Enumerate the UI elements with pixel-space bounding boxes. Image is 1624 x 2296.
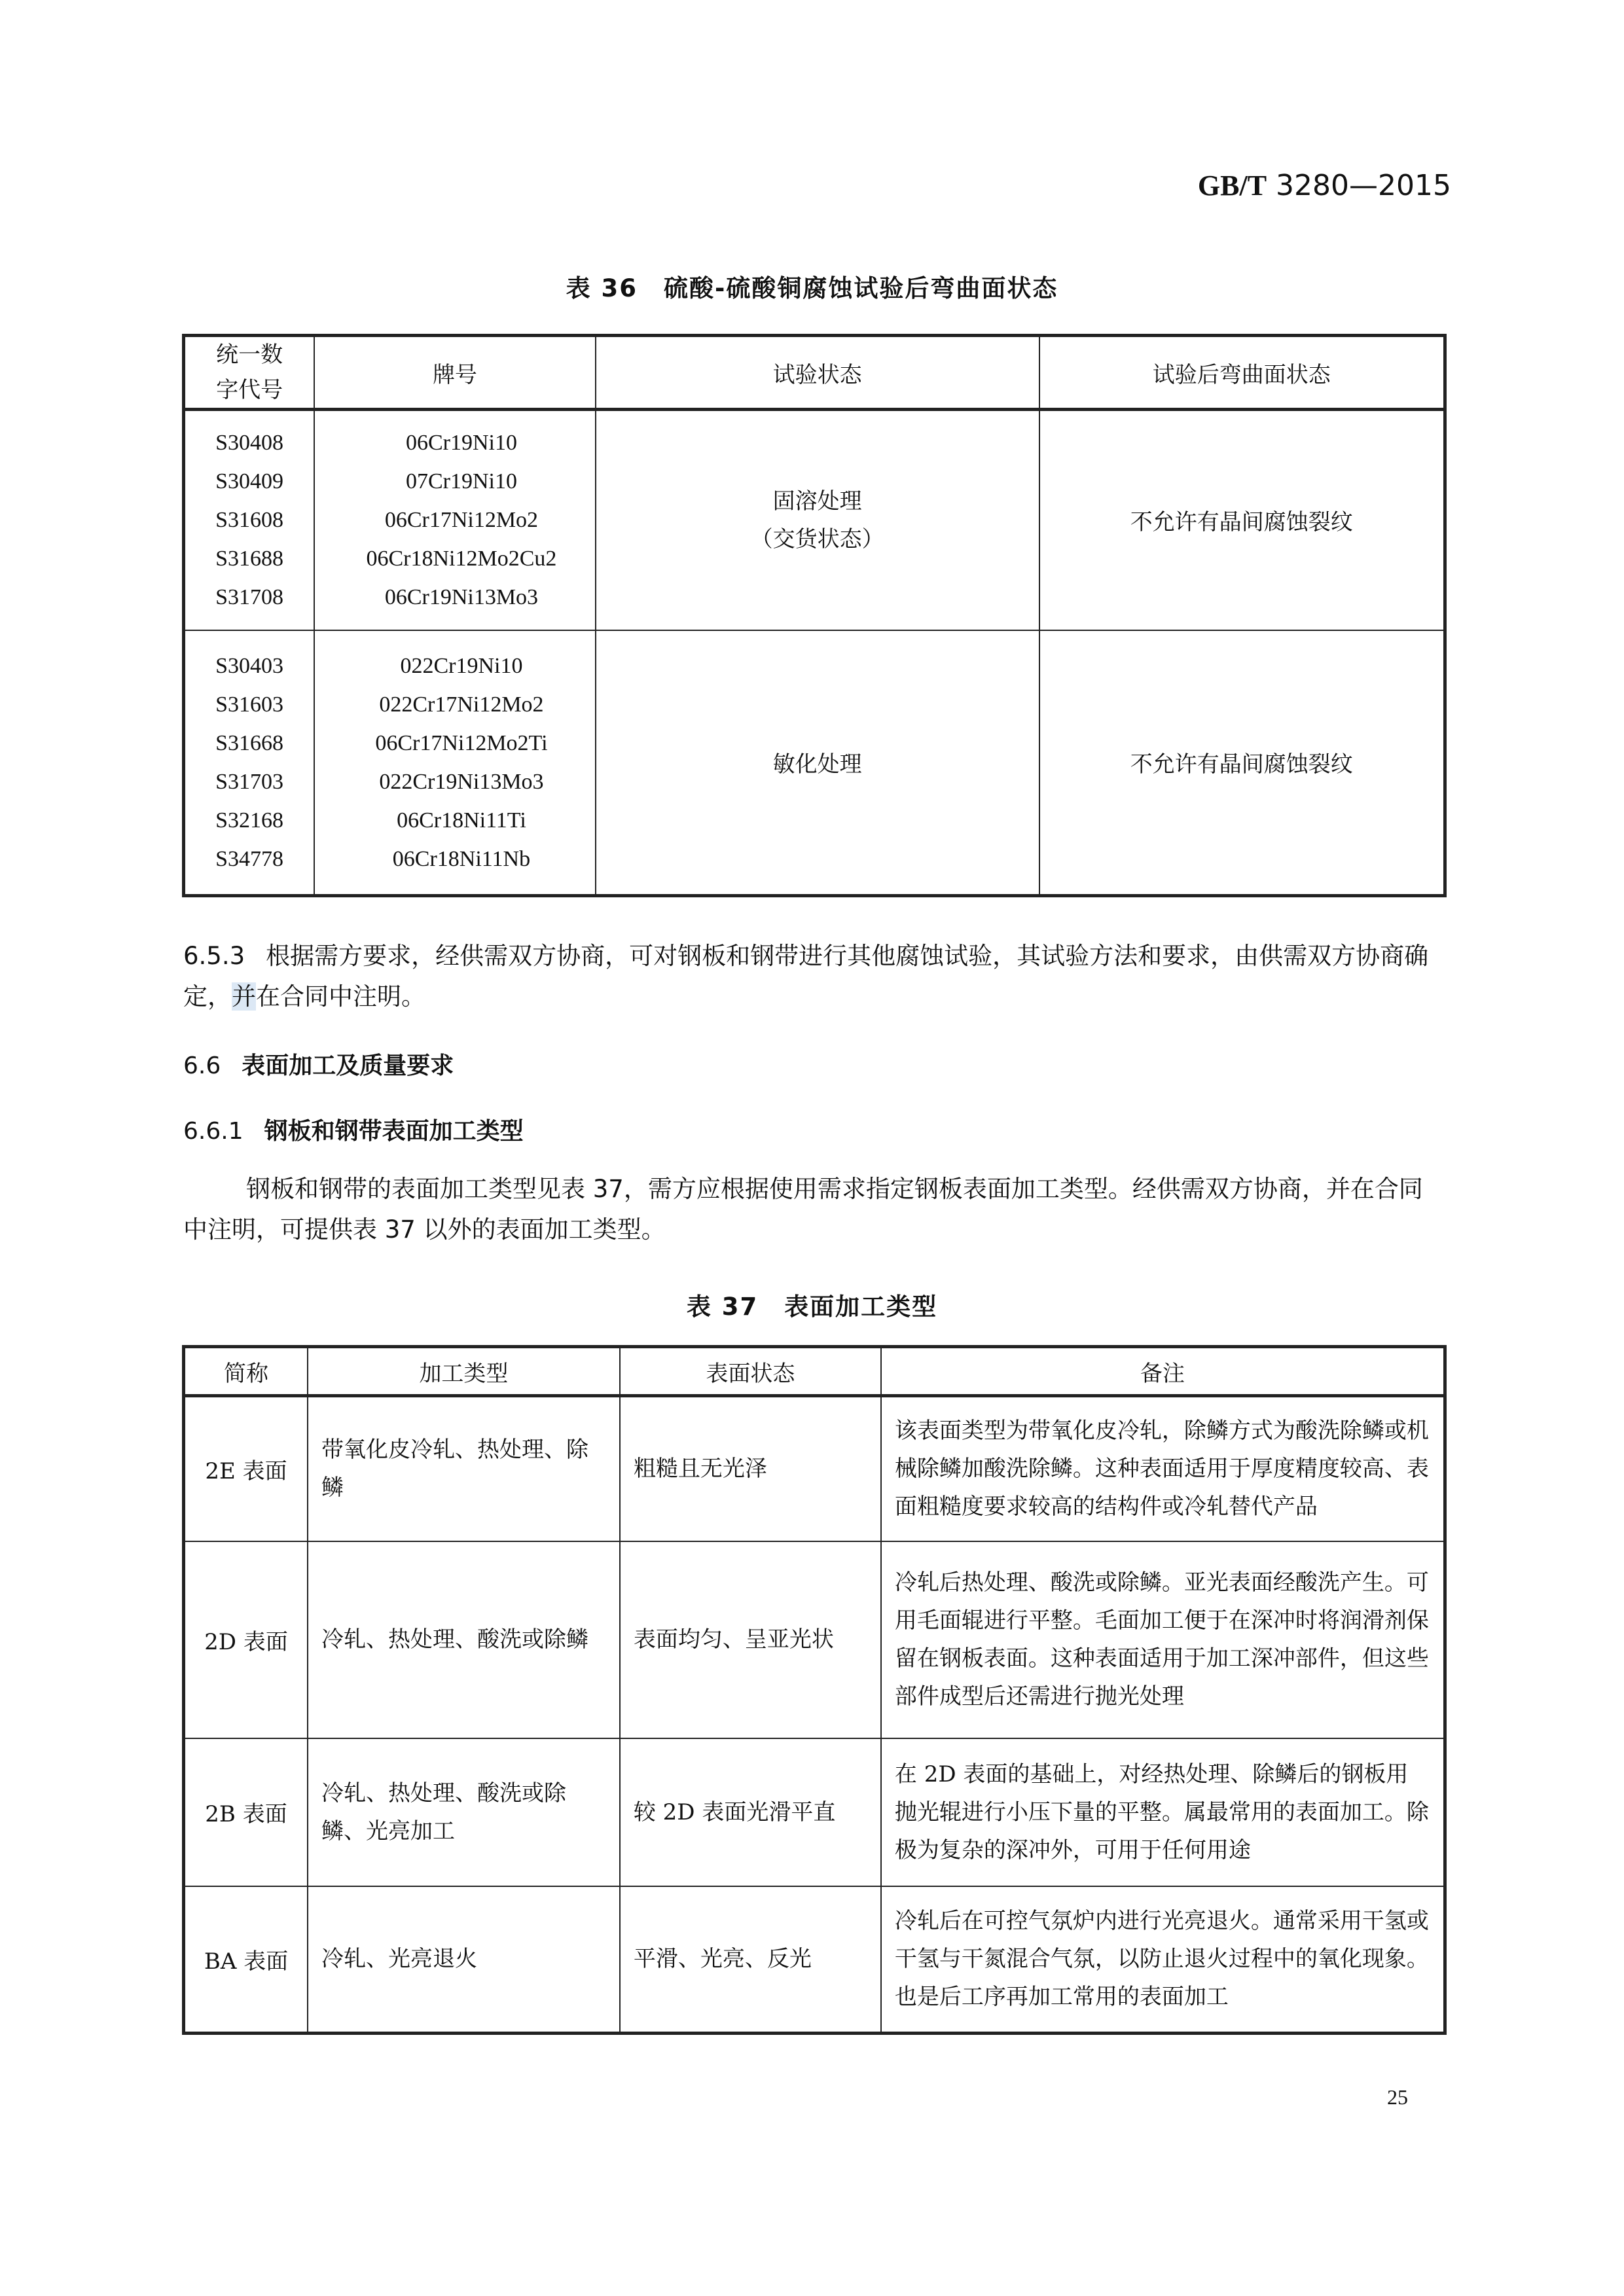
process-cell: 带氧化皮冷轧、热处理、除鳞 (308, 1396, 620, 1541)
table-row: 2D 表面 冷轧、热处理、酸洗或除鳞 表面均匀、呈亚光状 冷轧后热处理、酸洗或除… (184, 1541, 1445, 1738)
bend-result: 不允许有晶间腐蚀裂纹 (1039, 630, 1445, 896)
table-row: S30408 S30409 S31608 S31688 S31708 06Cr1… (184, 410, 1445, 630)
table36-header-grade: 牌号 (314, 336, 596, 410)
clause-6-5-3: 6.5.3根据需方要求，经供需双方协商，可对钢板和钢带进行其他腐蚀试验，其试验方… (183, 936, 1447, 1017)
process-cell: 冷轧、热处理、酸洗或除鳞、光亮加工 (308, 1738, 620, 1886)
table36: 统一数 字代号 牌号 试验状态 试验后弯曲面状态 S30408 S30409 S… (182, 334, 1447, 897)
table-row: 2B 表面 冷轧、热处理、酸洗或除鳞、光亮加工 较 2D 表面光滑平直 在 2D… (184, 1738, 1445, 1886)
grade-list: 022Cr19Ni10 022Cr17Ni12Mo2 06Cr17Ni12Mo2… (314, 630, 596, 896)
table37: 简称 加工类型 表面状态 备注 2E 表面 带氧化皮冷轧、热处理、除鳞 粗糙且无… (182, 1345, 1447, 2035)
code-list: S30408 S30409 S31608 S31688 S31708 (184, 410, 315, 630)
text-selection-highlight[interactable]: 并 (232, 982, 256, 1011)
table36-header-row: 统一数 字代号 牌号 试验状态 试验后弯曲面状态 (184, 336, 1445, 410)
bend-result: 不允许有晶间腐蚀裂纹 (1039, 410, 1445, 630)
abbr-cell: 2D 表面 (184, 1541, 308, 1738)
table36-header-test-state: 试验状态 (596, 336, 1039, 410)
abbr-cell: BA 表面 (184, 1886, 308, 2034)
table36-number: 表 36 (566, 274, 638, 302)
table36-header-code: 统一数 字代号 (184, 336, 315, 410)
table37-header-abbr: 简称 (184, 1347, 308, 1396)
table-row: 2E 表面 带氧化皮冷轧、热处理、除鳞 粗糙且无光泽 该表面类型为带氧化皮冷轧，… (184, 1396, 1445, 1541)
page-number: 25 (1387, 2085, 1408, 2109)
process-cell: 冷轧、热处理、酸洗或除鳞 (308, 1541, 620, 1738)
table37-header-remark: 备注 (881, 1347, 1445, 1396)
table-row: BA 表面 冷轧、光亮退火 平滑、光亮、反光 冷轧后在可控气氛炉内进行光亮退火。… (184, 1886, 1445, 2034)
grade-list: 06Cr19Ni10 07Cr19Ni10 06Cr17Ni12Mo2 06Cr… (314, 410, 596, 630)
table36-title: 硫酸-硫酸铜腐蚀试验后弯曲面状态 (664, 274, 1058, 302)
test-state: 固溶处理 （交货状态） (596, 410, 1039, 630)
test-state: 敏化处理 (596, 630, 1039, 896)
surface-cell: 表面均匀、呈亚光状 (620, 1541, 881, 1738)
surface-cell: 粗糙且无光泽 (620, 1396, 881, 1541)
surface-cell: 较 2D 表面光滑平直 (620, 1738, 881, 1886)
table37-caption: 表 37表面加工类型 (0, 1287, 1624, 1322)
abbr-cell: 2E 表面 (184, 1396, 308, 1541)
table37-title: 表面加工类型 (784, 1293, 937, 1321)
remark-cell: 冷轧后热处理、酸洗或除鳞。亚光表面经酸洗产生。可用毛面辊进行平整。毛面加工便于在… (881, 1541, 1445, 1738)
table37-header-process: 加工类型 (308, 1347, 620, 1396)
table36-caption: 表 36硫酸-硫酸铜腐蚀试验后弯曲面状态 (0, 268, 1624, 304)
section-6-6-1-heading: 6.6.1钢板和钢带表面加工类型 (183, 1113, 524, 1146)
section-6-6-heading: 6.6表面加工及质量要求 (183, 1047, 454, 1081)
table36-header-result: 试验后弯曲面状态 (1039, 336, 1445, 410)
remark-cell: 该表面类型为带氧化皮冷轧，除鳞方式为酸洗除鳞或机械除鳞加酸洗除鳞。这种表面适用于… (881, 1396, 1445, 1541)
clause-number: 6.5.3 (183, 942, 245, 970)
standard-prefix: GB/T (1198, 170, 1267, 202)
surface-cell: 平滑、光亮、反光 (620, 1886, 881, 2034)
table37-header-row: 简称 加工类型 表面状态 备注 (184, 1347, 1445, 1396)
table37-header-surface: 表面状态 (620, 1347, 881, 1396)
standard-number: GB/T 3280—2015 (1198, 169, 1451, 202)
table37-number: 表 37 (687, 1293, 758, 1321)
standard-code: 3280—2015 (1276, 169, 1451, 202)
abbr-cell: 2B 表面 (184, 1738, 308, 1886)
code-list: S30403 S31603 S31668 S31703 S32168 S3477… (184, 630, 315, 896)
paragraph-6-6-1: 钢板和钢带的表面加工类型见表 37，需方应根据使用需求指定钢板表面加工类型。经供… (183, 1169, 1447, 1250)
process-cell: 冷轧、光亮退火 (308, 1886, 620, 2034)
remark-cell: 在 2D 表面的基础上，对经热处理、除鳞后的钢板用抛光辊进行小压下量的平整。属最… (881, 1738, 1445, 1886)
table-row: S30403 S31603 S31668 S31703 S32168 S3477… (184, 630, 1445, 896)
remark-cell: 冷轧后在可控气氛炉内进行光亮退火。通常采用干氢或干氢与干氮混合气氛，以防止退火过… (881, 1886, 1445, 2034)
